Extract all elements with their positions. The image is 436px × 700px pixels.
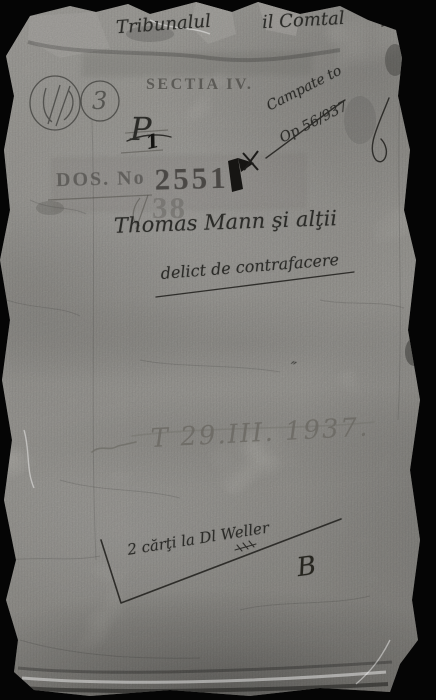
header-script-right: il Comtal [262, 8, 346, 33]
section-stamp: SECTIA IV. [146, 76, 253, 94]
dossier-stamp: DOS. No 2551 [56, 160, 230, 201]
dossier-stamp-label: DOS. No [56, 167, 146, 191]
circled-number: 3 [92, 87, 107, 115]
faded-stamp [81, 51, 313, 77]
paper-texture [0, 0, 436, 700]
photo-background: Tribunalul il Comtal SECTIA IV. 3 Campat… [0, 0, 436, 700]
loan-note-flourish: B [295, 551, 318, 583]
dossier-cover: Tribunalul il Comtal SECTIA IV. 3 Campat… [0, 0, 436, 700]
